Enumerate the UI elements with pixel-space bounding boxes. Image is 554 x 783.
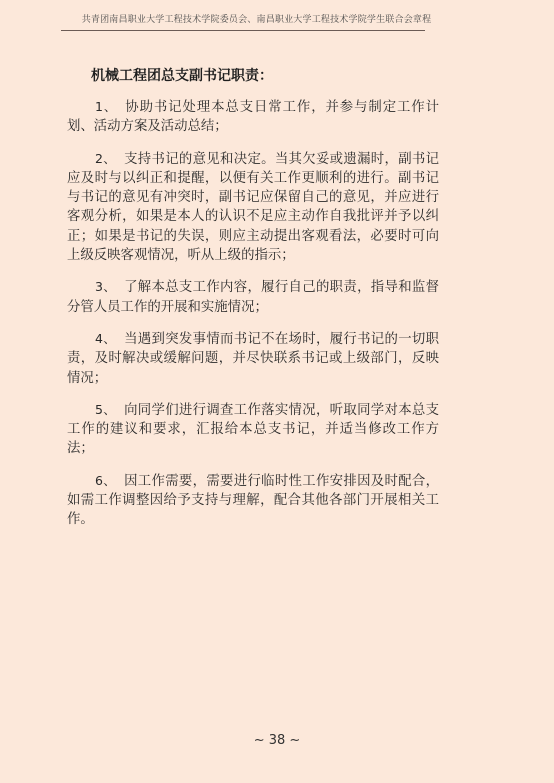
duties-list: 1、协助书记处理本总支日常工作，并参与制定工作计划、活动方案及活动总结； 2、支… — [67, 97, 439, 542]
item-text: 当遇到突发事情而书记不在场时，履行书记的一切职责，及时解决或缓解问题，并尽快联系… — [67, 332, 439, 386]
duty-item-4: 4、当遇到突发事情而书记不在场时，履行书记的一切职责，及时解决或缓解问题，并尽快… — [67, 329, 439, 388]
item-number: 4、 — [95, 331, 116, 346]
item-number: 2、 — [95, 151, 116, 166]
item-text: 因工作需要，需要进行临时性工作安排因及时配合，如需工作调整因给予支持与理解，配合… — [67, 474, 439, 528]
item-text: 协助书记处理本总支日常工作，并参与制定工作计划、活动方案及活动总结； — [67, 100, 439, 134]
duty-item-3: 3、了解本总支工作内容，履行自己的职责，指导和监督分管人员工作的开展和实施情况； — [67, 277, 439, 317]
duty-item-2: 2、支持书记的意见和决定。当其欠妥或遗漏时，副书记应及时与以纠正和提醒，以便有关… — [67, 149, 439, 266]
item-text: 向同学们进行调查工作落实情况，听取同学对本总支工作的建议和要求，汇报给本总支书记… — [67, 403, 439, 457]
running-header: 共青团南昌职业大学工程技术学院委员会、南昌职业大学工程技术学院学生联合会章程 — [64, 12, 449, 25]
duty-item-5: 5、向同学们进行调查工作落实情况，听取同学对本总支工作的建议和要求，汇报给本总支… — [67, 400, 439, 459]
duty-item-1: 1、协助书记处理本总支日常工作，并参与制定工作计划、活动方案及活动总结； — [67, 97, 439, 137]
item-number: 3、 — [95, 279, 116, 294]
section-title: 机械工程团总支副书记职责： — [91, 65, 273, 85]
page-number: ~ 38 ~ — [0, 733, 554, 748]
duty-item-6: 6、因工作需要，需要进行临时性工作安排因及时配合，如需工作调整因给予支持与理解，… — [67, 471, 439, 530]
item-number: 1、 — [95, 99, 117, 114]
item-text: 了解本总支工作内容，履行自己的职责，指导和监督分管人员工作的开展和实施情况； — [67, 280, 439, 314]
header-rule — [61, 30, 425, 31]
item-text: 支持书记的意见和决定。当其欠妥或遗漏时，副书记应及时与以纠正和提醒，以便有关工作… — [67, 152, 439, 263]
item-number: 5、 — [95, 402, 116, 417]
item-number: 6、 — [95, 473, 116, 488]
